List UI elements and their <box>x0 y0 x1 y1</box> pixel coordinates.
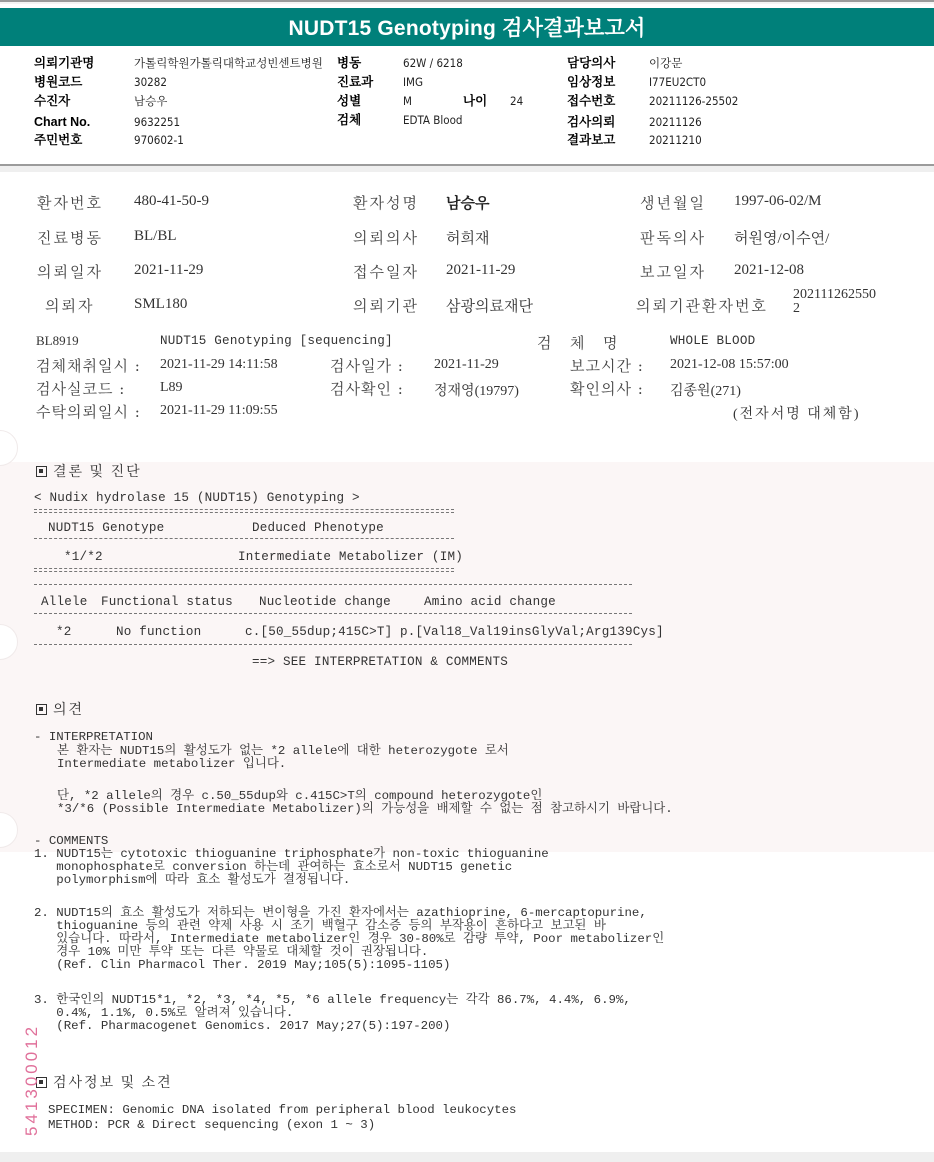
value-reading-doctor: 허원영/이수연/ <box>734 227 829 248</box>
comment-1-line: monophosphate로 conversion 하는데 관여하는 효소로서 … <box>34 861 512 873</box>
label-chart-no: Chart No. <box>34 113 90 131</box>
label-report-time: 보고시간 : <box>570 355 644 376</box>
value-receipt-date: 2021-11-29 <box>446 262 515 279</box>
label-ward: 진료병동 <box>37 227 103 248</box>
dashed-rule <box>34 571 454 572</box>
square-bullet-icon <box>36 466 47 477</box>
label-receipt-date: 접수일자 <box>353 261 419 282</box>
value-lab-code: L89 <box>160 380 183 396</box>
label-sex: 성별 <box>337 92 361 110</box>
label-attending: 담당의사 <box>567 54 615 72</box>
bottom-margin <box>0 1152 934 1162</box>
label-referring-institution: 의뢰기관 <box>353 295 419 316</box>
genotype-value: *1/*2 <box>64 550 103 564</box>
value-patient: 남승우 <box>134 92 167 110</box>
interpretation-title: - INTERPRETATION <box>34 731 153 743</box>
label-patient-name: 환자성명 <box>353 192 419 213</box>
label-collection-time: 검체채취일시 : <box>36 355 141 376</box>
value-requester: SML180 <box>134 296 187 313</box>
dashed-rule <box>34 509 454 510</box>
label-patient: 수진자 <box>34 92 70 110</box>
comment-2-line: 경우 10% 미만 투약 또는 다른 약물로 대체할 것이 권장됩니다. <box>34 946 428 958</box>
interpretation-line: Intermediate metabolizer 입니다. <box>57 758 286 770</box>
label-patient-no: 환자번호 <box>37 192 103 213</box>
label-birthdate: 생년월일 <box>640 192 706 213</box>
method-info: METHOD: PCR & Direct sequencing (exon 1 … <box>48 1119 375 1131</box>
label-clinical-info: 임상정보 <box>567 73 615 91</box>
value-ward: 62W / 6218 <box>403 54 463 72</box>
dashed-rule <box>34 512 454 513</box>
value-patient-name: 남승우 <box>446 192 489 213</box>
value-chart-no: 9632251 <box>134 113 180 131</box>
opinion-heading: 의견 <box>36 699 84 719</box>
comment-2-line: thioguanine 등의 관련 약제 사용 시 조기 백혈구 감소증 등의 … <box>34 920 606 932</box>
label-request-date: 검사의뢰 <box>567 113 615 131</box>
value-institution-patient-no-1: 202111262550 <box>793 288 876 302</box>
allele-header-status: Functional status <box>101 595 233 609</box>
allele-header-nucleotide: Nucleotide change <box>259 595 391 609</box>
label-verified-by: 검사확인 : <box>330 378 404 399</box>
value-report-time: 2021-12-08 15:57:00 <box>670 357 789 373</box>
interpretation-line: 본 환자는 NUDT15의 활성도가 없는 *2 allele에 대한 hete… <box>57 745 509 757</box>
label-referring-doctor: 의뢰의사 <box>353 227 419 248</box>
genotype-header-1: NUDT15 Genotype <box>48 521 164 535</box>
label-receipt-no: 접수번호 <box>567 92 615 110</box>
square-bullet-icon <box>36 704 47 715</box>
value-specimen-name: WHOLE BLOOD <box>670 334 755 348</box>
comment-3-line: (Ref. Pharmacogenet Genomics. 2017 May;2… <box>34 1020 450 1032</box>
esign-note: (전자서명 대체함) <box>733 403 861 423</box>
value-referring-institution: 삼광의료재단 <box>446 295 533 316</box>
dashed-rule <box>34 644 632 645</box>
document-stamp-number: 541300012 <box>22 1024 42 1136</box>
allele-status-value: No function <box>116 625 201 639</box>
value-department: IMG <box>403 73 423 91</box>
allele-header-allele: Allele <box>41 595 88 609</box>
label-specimen: 검체 <box>337 111 361 129</box>
value-report-date: 20211210 <box>649 131 702 149</box>
label-lab-code: 검사실코드 : <box>36 378 125 399</box>
value-sex: M <box>403 92 412 110</box>
value-institution-patient-no-2: 2 <box>793 302 800 316</box>
summary-panel: 의뢰기관명 가톨릭학원가톨릭대학교성빈센트병원 병원코드 30282 수진자 남… <box>0 50 934 162</box>
value-specimen: EDTA Blood <box>403 111 463 129</box>
label-specimen-name: 검 체 명 <box>537 332 621 353</box>
test-info-heading: 검사정보 및 소견 <box>36 1072 173 1092</box>
value-clinical-info: I77EU2CT0 <box>649 73 706 91</box>
value-report-date: 2021-12-08 <box>734 262 804 279</box>
value-hospital-code: 30282 <box>134 73 167 91</box>
label-report-date: 결과보고 <box>567 131 615 149</box>
label-department: 진료과 <box>337 73 373 91</box>
value-request-date: 20211126 <box>649 113 702 131</box>
comment-2-line: (Ref. Clin Pharmacol Ther. 2019 May;105(… <box>34 959 450 971</box>
value-collection-time: 2021-11-29 14:11:58 <box>160 357 278 373</box>
report-title: NUDT15 Genotyping 검사결과보고서 <box>288 12 645 42</box>
comment-3-line: 3. 한국인의 NUDT15*1, *2, *3, *4, *5, *6 all… <box>34 994 631 1006</box>
test-code: BL8919 <box>36 333 79 349</box>
label-resident-no: 주민번호 <box>34 131 82 149</box>
interpretation-line: 단, *2 allele의 경우 c.50_55dup와 c.415C>T의 c… <box>57 790 542 802</box>
value-age: 24 <box>510 92 523 110</box>
value-referring-doctor: 허희재 <box>446 227 489 248</box>
conclusion-heading: 결론 및 진단 <box>36 461 142 481</box>
allele-header-amino: Amino acid change <box>424 595 556 609</box>
allele-value: *2 <box>56 625 72 639</box>
interpretation-line: *3/*6 (Possible Intermediate Metabolizer… <box>57 803 673 815</box>
label-test-date: 검사일가 : <box>330 355 404 376</box>
allele-amino-value: p.[Val18_Val19insGlyVal;Arg139Cys] <box>400 625 664 639</box>
value-ward: BL/BL <box>134 228 177 245</box>
dashed-rule <box>34 584 632 585</box>
genotype-header-2: Deduced Phenotype <box>252 521 384 535</box>
label-age: 나이 <box>463 92 487 110</box>
label-consign-time: 수탁의뢰일시 : <box>36 401 141 422</box>
label-report-date: 보고일자 <box>640 261 706 282</box>
comment-2-line: 있습니다. 따라서, Intermediate metabolizer인 경우 … <box>34 933 664 945</box>
label-request-date: 의뢰일자 <box>37 261 103 282</box>
label-institution: 의뢰기관명 <box>34 54 94 72</box>
value-attending: 이강문 <box>649 54 682 72</box>
see-interpretation-note: ==> SEE INTERPRETATION & COMMENTS <box>252 655 508 669</box>
label-hospital-code: 병원코드 <box>34 73 82 91</box>
label-reading-doctor: 판독의사 <box>640 227 706 248</box>
comment-3-line: 0.4%, 1.1%, 0.5%로 알려져 있습니다. <box>34 1007 293 1019</box>
label-requester: 의뢰자 <box>45 295 94 316</box>
specimen-info: SPECIMEN: Genomic DNA isolated from peri… <box>48 1104 516 1116</box>
test-name: NUDT15 Genotyping [sequencing] <box>160 334 393 348</box>
value-test-date: 2021-11-29 <box>434 357 499 373</box>
value-patient-no: 480-41-50-9 <box>134 193 209 210</box>
dashed-rule <box>34 613 632 614</box>
value-verified-by: 정재영(19797) <box>434 380 519 400</box>
conclusion-subtitle: < Nudix hydrolase 15 (NUDT15) Genotyping… <box>34 491 360 505</box>
report-title-bar: NUDT15 Genotyping 검사결과보고서 <box>0 8 934 46</box>
comment-2-line: 2. NUDT15의 효소 활성도가 저하되는 변이형을 가진 환자에서는 az… <box>34 907 647 919</box>
value-birthdate: 1997-06-02/M <box>734 193 822 210</box>
value-consign-time: 2021-11-29 11:09:55 <box>160 403 278 419</box>
comments-title: - COMMENTS <box>34 835 108 847</box>
punch-hole <box>0 430 18 466</box>
value-confirming-doctor: 김종원(271) <box>670 380 741 400</box>
value-receipt-no: 20211126-25502 <box>649 92 738 110</box>
phenotype-value: Intermediate Metabolizer (IM) <box>238 550 463 564</box>
label-institution-patient-no: 의뢰기관환자번호 <box>636 295 768 316</box>
comment-1-line: polymorphism에 따라 효소 활성도가 결정됩니다. <box>34 874 350 886</box>
value-resident-no: 970602-1 <box>134 131 184 149</box>
dashed-rule <box>34 538 454 539</box>
window-top-border <box>0 0 934 4</box>
dashed-rule <box>34 568 454 569</box>
comment-1-line: 1. NUDT15는 cytotoxic thioguanine triphos… <box>34 848 549 860</box>
scanned-report: 환자번호 480-41-50-9 환자성명 남승우 생년월일 1997-06-0… <box>0 172 934 1152</box>
value-request-date: 2021-11-29 <box>134 262 203 279</box>
label-ward: 병동 <box>337 54 361 72</box>
allele-nucleotide-value: c.[50_55dup;415C>T] <box>245 625 392 639</box>
value-institution: 가톨릭학원가톨릭대학교성빈센트병원 <box>134 54 323 72</box>
label-confirming-doctor: 확인의사 : <box>570 378 644 399</box>
